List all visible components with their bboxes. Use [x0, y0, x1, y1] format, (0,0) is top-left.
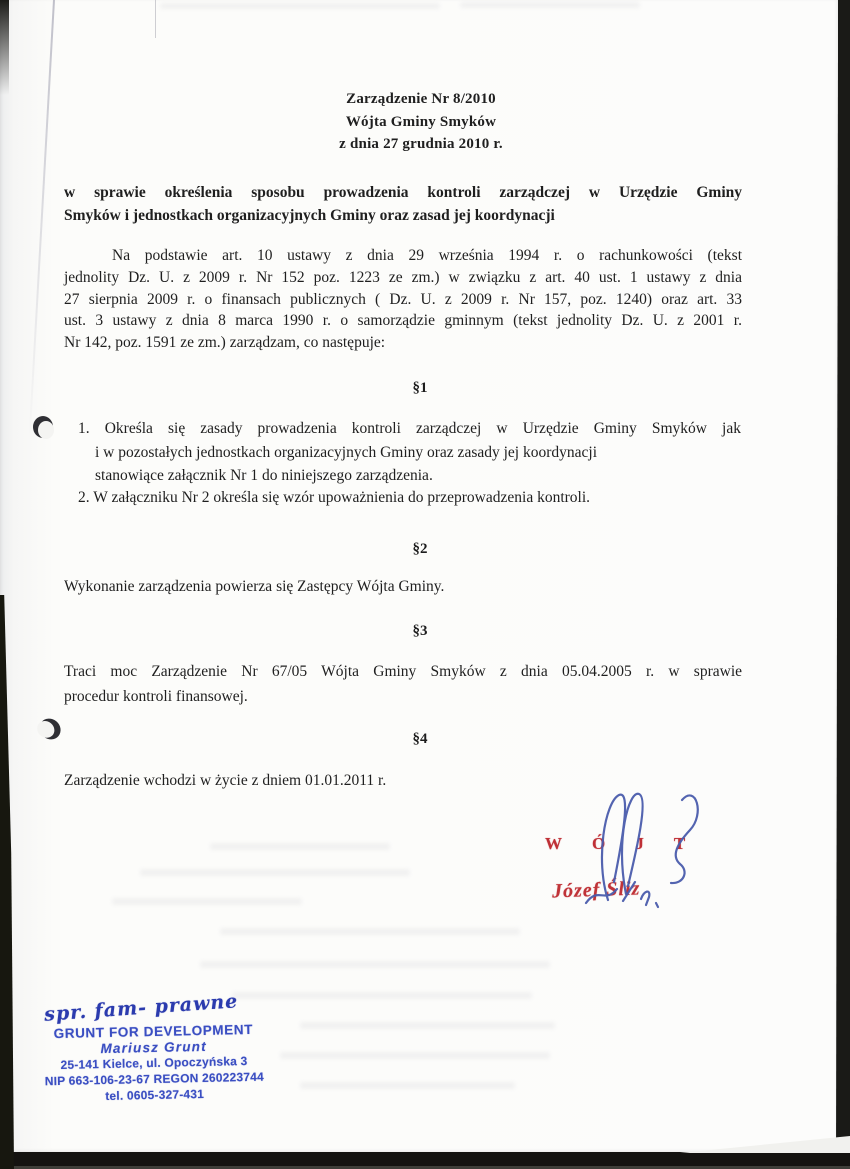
bleed-through-artifact — [220, 928, 520, 935]
section-3-line-1: Traci moc Zarządzenie Nr 67/05 Wójta Gmi… — [64, 659, 742, 684]
item-line: stanowiące załącznik Nr 1 do niniejszego… — [78, 464, 741, 488]
title-line-1: Zarządzenie Nr 8/2010 — [0, 88, 842, 111]
title-line-3: z dnia 27 grudnia 2010 r. — [0, 133, 842, 156]
section-3-body: Traci moc Zarządzenie Nr 67/05 Wójta Gmi… — [64, 659, 742, 709]
page-fold-line — [28, 0, 55, 439]
item-line: 1. Określa się zasady prowadzenia kontro… — [78, 417, 741, 441]
handwritten-annotation: spr. fam- prawne — [43, 990, 238, 1026]
bleed-through-artifact — [300, 1022, 555, 1029]
bleed-through-artifact — [300, 1082, 515, 1089]
bleed-through-artifact — [140, 869, 410, 876]
legal-counsel-stamp: GRUNT FOR DEVELOPMENT Mariusz Grunt 25-1… — [33, 1021, 275, 1105]
bleed-through-artifact — [210, 843, 390, 850]
handwritten-signature — [578, 782, 713, 912]
section-1-item-2: 2. W załączniku Nr 2 określa się wzór up… — [78, 487, 741, 509]
scanned-document: Zarządzenie Nr 8/2010 Wójta Gminy Smyków… — [0, 0, 850, 1169]
bleed-through-artifact — [160, 3, 440, 9]
section-2-body: Wykonanie zarządzenia powierza się Zastę… — [64, 576, 742, 598]
bleed-through-artifact — [232, 992, 532, 999]
title-line-2: Wójta Gminy Smyków — [0, 111, 842, 134]
bleed-through-artifact — [460, 2, 640, 8]
subject-line-1: w sprawie określenia sposobu prowadzenia… — [64, 181, 742, 204]
preamble-line: Na podstawie art. 10 ustawy z dnia 29 wr… — [64, 245, 742, 267]
paper-page: Zarządzenie Nr 8/2010 Wójta Gminy Smyków… — [0, 0, 838, 1154]
section-3-line-2: procedur kontroli finansowej. — [64, 684, 742, 709]
item-line: i w pozostałych jednostkach organizacyjn… — [78, 441, 741, 465]
scan-edge-left-top — [0, 0, 9, 95]
bleed-through-artifact — [200, 961, 550, 968]
preamble-line: Nr 142, poz. 1591 ze zm.) zarządzam, co … — [64, 332, 742, 354]
scan-edge-right — [836, 0, 850, 1169]
preamble-line: 27 sierpnia 2009 r. o finansach publiczn… — [64, 289, 742, 311]
preamble-line: jednolity Dz. U. z 2009 r. Nr 152 poz. 1… — [64, 267, 742, 289]
preamble-line: ust. 3 ustawy z dnia 8 marca 1990 r. o s… — [64, 310, 742, 332]
bleed-through-artifact — [280, 1052, 550, 1059]
hole-punch — [33, 416, 53, 438]
page-crease — [155, 0, 156, 38]
bleed-through-artifact — [112, 898, 302, 905]
section-2-heading: §2 — [0, 538, 840, 560]
document-title: Zarządzenie Nr 8/2010 Wójta Gminy Smyków… — [0, 88, 842, 156]
subject-paragraph: w sprawie określenia sposobu prowadzenia… — [64, 181, 742, 227]
legal-basis-paragraph: Na podstawie art. 10 ustawy z dnia 29 wr… — [64, 245, 742, 354]
section-1-heading: §1 — [0, 377, 840, 399]
section-1-item-1: 1. Określa się zasady prowadzenia kontro… — [78, 417, 741, 488]
section-3-heading: §3 — [0, 620, 840, 642]
section-4-heading: §4 — [0, 728, 840, 750]
subject-line-2: Smyków i jednostkach organizacyjnych Gmi… — [64, 204, 742, 227]
